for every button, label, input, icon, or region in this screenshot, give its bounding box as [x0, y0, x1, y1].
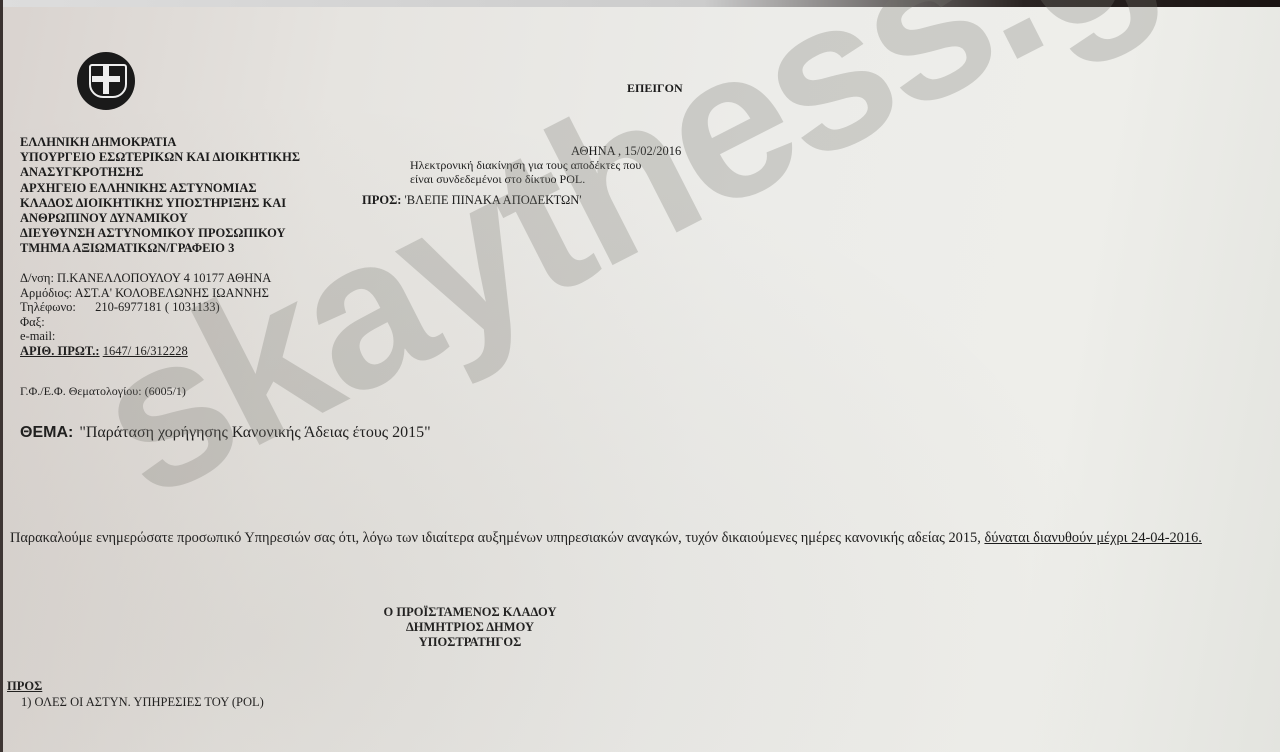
sender-line: ΚΛΑΔΟΣ ΔΙΟΙΚΗΤΙΚΗΣ ΥΠΟΣΤΗΡΙΞΗΣ ΚΑΙ: [20, 196, 300, 211]
subject-line: ΘΕΜΑ:"Παράταση χορήγησης Κανονικής Άδεια…: [20, 424, 431, 442]
body-deadline: δύναται διανυθούν μέχρι 24-04-2016.: [984, 530, 1201, 546]
recipients-heading: ΠΡΟΣ: [7, 679, 42, 693]
recipient-item: 1) ΟΛΕΣ ΟΙ ΑΣΤΥΝ. ΥΠΗΡΕΣΙΕΣ ΤΟΥ (POL): [21, 695, 264, 709]
contact-block: Δ/νση: Π.ΚΑΝΕΛΛΟΠΟΥΛΟΥ 4 10177 ΑΘΗΝΑ Αρμ…: [20, 271, 271, 359]
photo-shading: [0, 0, 1280, 752]
phone-label: Τηλέφωνο:: [20, 300, 92, 315]
body-text: Παρακαλούμε ενημερώσατε προσωπικό Υπηρεσ…: [10, 530, 984, 546]
greek-state-emblem-icon: [77, 52, 135, 110]
to-value: 'ΒΛΕΠΕ ΠΙΝΑΚΑ ΑΠΟΔΕΚΤΩΝ': [405, 193, 582, 207]
to-label: ΠΡΟΣ:: [362, 193, 401, 207]
signature-title: Ο ΠΡΟΪΣΤΑΜΕΝΟΣ ΚΛΑΔΟΥ: [340, 605, 600, 620]
sender-line: ΑΝΑΣΥΓΚΡΟΤΗΣΗΣ: [20, 165, 300, 180]
protocol-label: ΑΡΙΘ. ΠΡΩΤ.:: [20, 344, 100, 358]
distribution-note-line: Ηλεκτρονική διακίνηση για τους αποδέκτες…: [410, 158, 641, 172]
sender-line: ΤΜΗΜΑ ΑΞΙΩΜΑΤΙΚΩΝ/ΓΡΑΦΕΙΟ 3: [20, 241, 300, 256]
sender-line: ΕΛΛΗΝΙΚΗ ΔΗΜΟΚΡΑΤΙΑ: [20, 135, 300, 150]
subject-text: "Παράταση χορήγησης Κανονικής Άδειας έτο…: [79, 424, 430, 441]
email-label: e-mail:: [20, 329, 271, 344]
distribution-note-line: είναι συνδεδεμένοι στο δίκτυο POL.: [410, 172, 641, 186]
responsible-officer: Αρμόδιος: ΑΣΤ.Α' ΚΟΛΟΒΕΛΩΝΗΣ ΙΩΑΝΝΗΣ: [20, 286, 271, 301]
protocol-row: ΑΡΙΘ. ΠΡΩΤ.: 1647/ 16/312228: [20, 344, 271, 359]
sender-line: ΑΝΘΡΩΠΙΝΟΥ ΔΥΝΑΜΙΚΟΥ: [20, 211, 300, 226]
signature-name: ΔΗΜΗΤΡΙΟΣ ΔΗΜΟΥ: [340, 620, 600, 635]
screen-left-edge: [0, 0, 3, 752]
sender-line: ΥΠΟΥΡΓΕΙΟ ΕΣΩΤΕΡΙΚΩΝ ΚΑΙ ΔΙΟΙΚΗΤΙΚΗΣ: [20, 150, 300, 165]
document-date: ΑΘΗΝΑ , 15/02/2016: [571, 144, 681, 158]
to-line: ΠΡΟΣ: 'ΒΛΕΠΕ ΠΙΝΑΚΑ ΑΠΟΔΕΚΤΩΝ': [362, 193, 582, 207]
fax-label: Φαξ:: [20, 315, 271, 330]
protocol-value: 1647/ 16/312228: [103, 344, 188, 358]
phone-value: 210-6977181 ( 1031133): [95, 300, 220, 314]
sender-line: ΑΡΧΗΓΕΙΟ ΕΛΛΗΝΙΚΗΣ ΑΣΤΥΝΟΜΙΑΣ: [20, 181, 300, 196]
body-paragraph: Παρακαλούμε ενημερώσατε προσωπικό Υπηρεσ…: [10, 529, 1280, 547]
urgency-label: ΕΠΕΙΓΟΝ: [627, 81, 683, 95]
screen-top-edge: [0, 0, 1280, 7]
signature-rank: ΥΠΟΣΤΡΑΤΗΓΟΣ: [340, 635, 600, 650]
file-reference: Γ.Φ./Ε.Φ. Θεματολογίου: (6005/1): [20, 384, 186, 398]
signature-block: Ο ΠΡΟΪΣΤΑΜΕΝΟΣ ΚΛΑΔΟΥ ΔΗΜΗΤΡΙΟΣ ΔΗΜΟΥ ΥΠ…: [340, 605, 600, 650]
sender-block: ΕΛΛΗΝΙΚΗ ΔΗΜΟΚΡΑΤΙΑ ΥΠΟΥΡΓΕΙΟ ΕΣΩΤΕΡΙΚΩΝ…: [20, 135, 300, 257]
sender-line: ΔΙΕΥΘΥΝΣΗ ΑΣΤΥΝΟΜΙΚΟΥ ΠΡΟΣΩΠΙΚΟΥ: [20, 226, 300, 241]
phone-row: Τηλέφωνο: 210-6977181 ( 1031133): [20, 300, 271, 315]
address: Δ/νση: Π.ΚΑΝΕΛΛΟΠΟΥΛΟΥ 4 10177 ΑΘΗΝΑ: [20, 271, 271, 286]
distribution-note: Ηλεκτρονική διακίνηση για τους αποδέκτες…: [410, 158, 641, 186]
subject-label: ΘΕΜΑ:: [20, 424, 73, 441]
